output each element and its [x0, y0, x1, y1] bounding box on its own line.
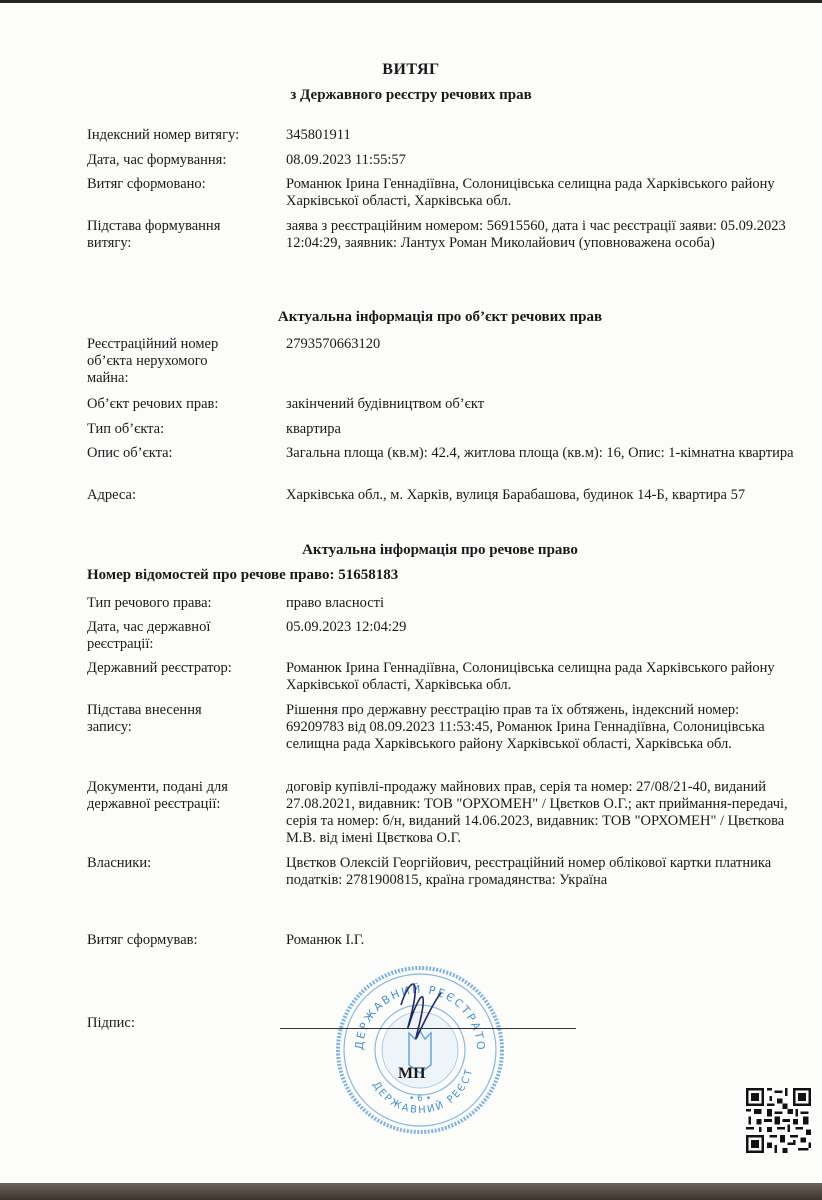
field-label: Тип речового права: — [87, 595, 277, 612]
right-record-number: Номер відомостей про речове право: 51658… — [87, 567, 398, 584]
field-value: договір купівлі-продажу майнових прав, с… — [286, 779, 798, 847]
field-label: Витяг сформовано: — [87, 176, 277, 193]
field-label: Дата, час державної реєстрації: — [87, 619, 247, 653]
field-label: Реєстраційний номер об’єкта нерухомого м… — [87, 336, 247, 387]
document-page: ВИТЯГ з Державного реєстру речових прав … — [0, 3, 822, 1183]
signature-line — [280, 1028, 576, 1029]
field-value: 345801911 — [286, 127, 796, 144]
field-value: Рішення про державну реєстрацію прав та … — [286, 702, 798, 753]
field-label: Державний реєстратор: — [87, 660, 277, 677]
field-label: Адреса: — [87, 487, 277, 504]
field-value: Харківська обл., м. Харків, вулиця Бараб… — [286, 487, 796, 504]
field-label: Власники: — [87, 855, 277, 872]
qr-code-icon — [746, 1088, 811, 1153]
field-label: Тип об’єкта: — [87, 421, 277, 438]
document-subtitle: з Державного реєстру речових прав — [0, 87, 822, 104]
field-value: 05.09.2023 12:04:29 — [286, 619, 796, 636]
field-label: Підстава внесення запису: — [87, 702, 237, 736]
field-value: Романюк І.Г. — [286, 932, 796, 949]
field-value: право власності — [286, 595, 796, 612]
svg-text:• 6 •: • 6 • — [409, 1094, 431, 1104]
field-label: Дата, час формування: — [87, 152, 277, 169]
field-value: 2793570663120 — [286, 336, 796, 353]
signature-label: Підпис: — [87, 1015, 277, 1032]
field-value: Цвєтков Олексій Георгійович, реєстраційн… — [286, 855, 798, 889]
field-value: закінчений будівництвом об’єкт — [286, 396, 796, 413]
section-heading-right: Актуальна інформація про речове право — [0, 542, 822, 559]
field-value: заява з реєстраційним номером: 56915560,… — [286, 218, 796, 252]
official-stamp-icon: ДЕРЖАВНИЙ РЕЄСТРАТОР ДЕРЖАВНИЙ РЕЄСТ • 6… — [335, 965, 505, 1135]
field-label: Підстава формування витягу: — [87, 218, 257, 252]
field-value: 08.09.2023 11:55:57 — [286, 152, 796, 169]
stamp-mark: МП — [398, 1065, 426, 1083]
document-title: ВИТЯГ — [0, 61, 822, 79]
field-value: квартира — [286, 421, 796, 438]
field-label: Об’єкт речових прав: — [87, 396, 277, 413]
field-value: Загальна площа (кв.м): 42.4, житлова пло… — [286, 445, 796, 462]
page-bottom-edge — [0, 1183, 822, 1200]
section-heading-object: Актуальна інформація про об’єкт речових … — [0, 309, 822, 326]
field-label: Індексний номер витягу: — [87, 127, 277, 144]
field-value: Романюк Ірина Геннадіївна, Солоницівська… — [286, 176, 796, 210]
field-label: Опис об’єкта: — [87, 445, 277, 462]
field-label: Документи, подані для державної реєстрац… — [87, 779, 262, 813]
field-label: Витяг сформував: — [87, 932, 277, 949]
field-value: Романюк Ірина Геннадіївна, Солоницівська… — [286, 660, 796, 694]
